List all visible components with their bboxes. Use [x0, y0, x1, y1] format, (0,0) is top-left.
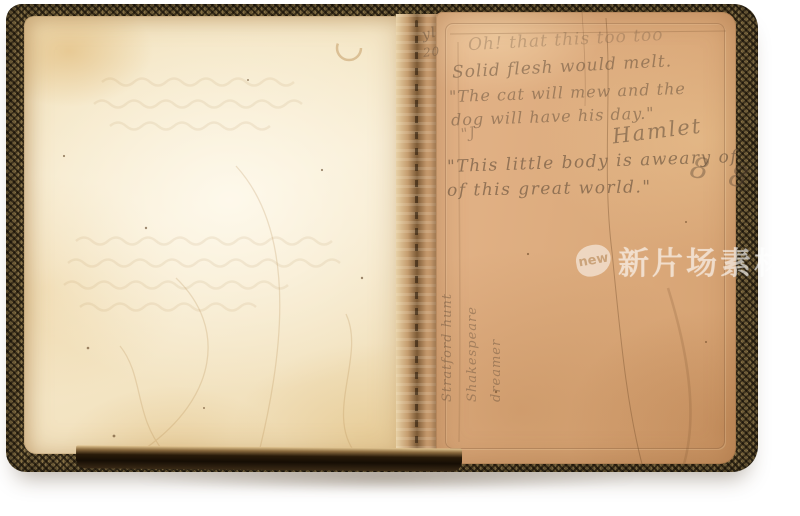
vertical-pencil-notes: Stratford hunt Shakespeare dreamer	[436, 266, 520, 402]
photo-antique-notebook: yl 20 Oh! that this too too Solid flesh …	[0, 0, 800, 516]
handwriting-line: of this great world."	[447, 177, 652, 201]
watermark: new 新片场素材	[576, 238, 788, 283]
left-page	[24, 16, 398, 454]
handwriting-flourish: 8 8	[687, 150, 757, 197]
watermark-text: 新片场素材	[618, 238, 788, 283]
vertical-note: dreamer	[485, 266, 510, 402]
book-spine-gutter	[396, 14, 438, 464]
left-page-ghost-writing	[24, 16, 398, 454]
handwriting-line: Solid flesh would melt.	[452, 51, 673, 82]
handwriting-corner-mark: yl	[420, 25, 437, 44]
vertical-note: Shakespeare	[461, 266, 486, 402]
handwriting-margin-mark: "J	[460, 123, 478, 143]
page-edge-stack	[76, 445, 462, 471]
handwriting-line: Oh! that this too too	[468, 25, 664, 55]
handwriting-corner-mark: 20	[422, 44, 441, 60]
handwriting-line: "The cat will mew and the	[449, 79, 686, 106]
vertical-note: Stratford hunt	[436, 266, 461, 402]
new-badge-icon: new	[574, 242, 614, 279]
spine-stitching	[415, 20, 418, 458]
